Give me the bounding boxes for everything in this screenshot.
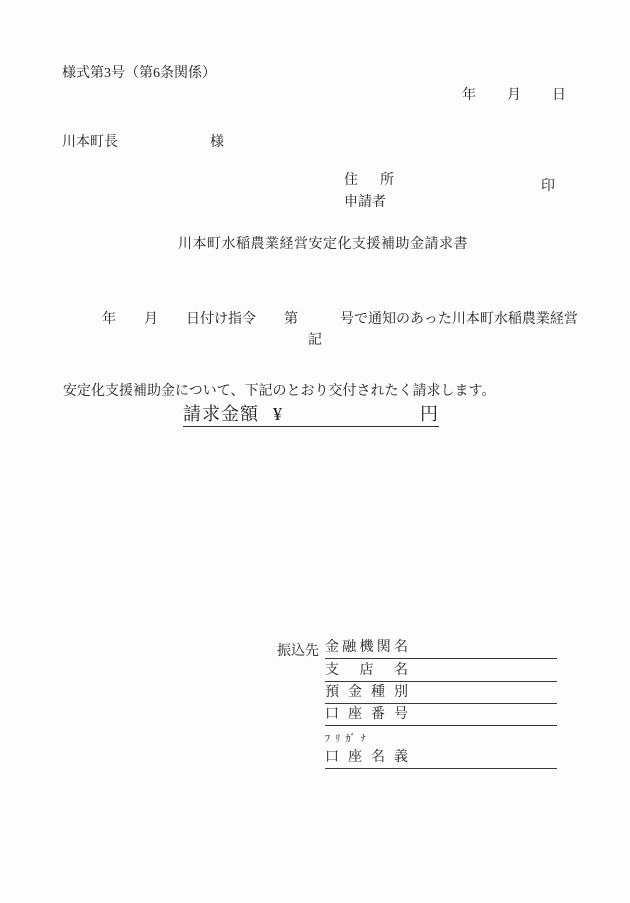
field-account-holder: 口座名義 (325, 747, 557, 769)
field-branch-name-label: 支店名 (325, 660, 408, 681)
transfer-section-label: 振込先 (277, 640, 319, 660)
field-furigana-label: ﾌﾘｶﾞﾅ (325, 733, 371, 747)
field-branch-name: 支店名 (325, 660, 557, 682)
field-bank-name: 金融機関名 (325, 637, 557, 659)
field-account-number: 口座番号 (325, 704, 557, 726)
amount-unit: 円 (420, 400, 439, 426)
field-account-type: 預金種別 (325, 682, 557, 704)
form-number: 様式第3号（第6条関係） (62, 62, 216, 82)
field-account-number-label: 口座番号 (325, 704, 408, 725)
date-line: 年 月 日 (462, 84, 567, 104)
recipient-honorific: 様 (210, 131, 224, 151)
currency-symbol: ¥ (273, 404, 283, 425)
field-bank-name-label: 金融機関名 (325, 637, 408, 658)
amount-label: 請求金額 (183, 400, 259, 426)
field-account-type-label: 預金種別 (325, 682, 408, 703)
field-account-holder-label: 口座名義 (325, 747, 408, 768)
recipient-name: 川本町長 (62, 131, 118, 151)
amount-line: 請求金額 ¥ 円 (183, 400, 439, 427)
applicant-label: 申請者 (344, 195, 386, 210)
note-marker: 記 (0, 329, 630, 349)
document-page: 様式第3号（第6条関係） 年 月 日 川本町長 様 住所 申請者 印 川本町水稲… (0, 0, 630, 903)
seal-placeholder: 印 (541, 175, 555, 195)
field-furigana: ﾌﾘｶﾞﾅ (325, 733, 557, 747)
